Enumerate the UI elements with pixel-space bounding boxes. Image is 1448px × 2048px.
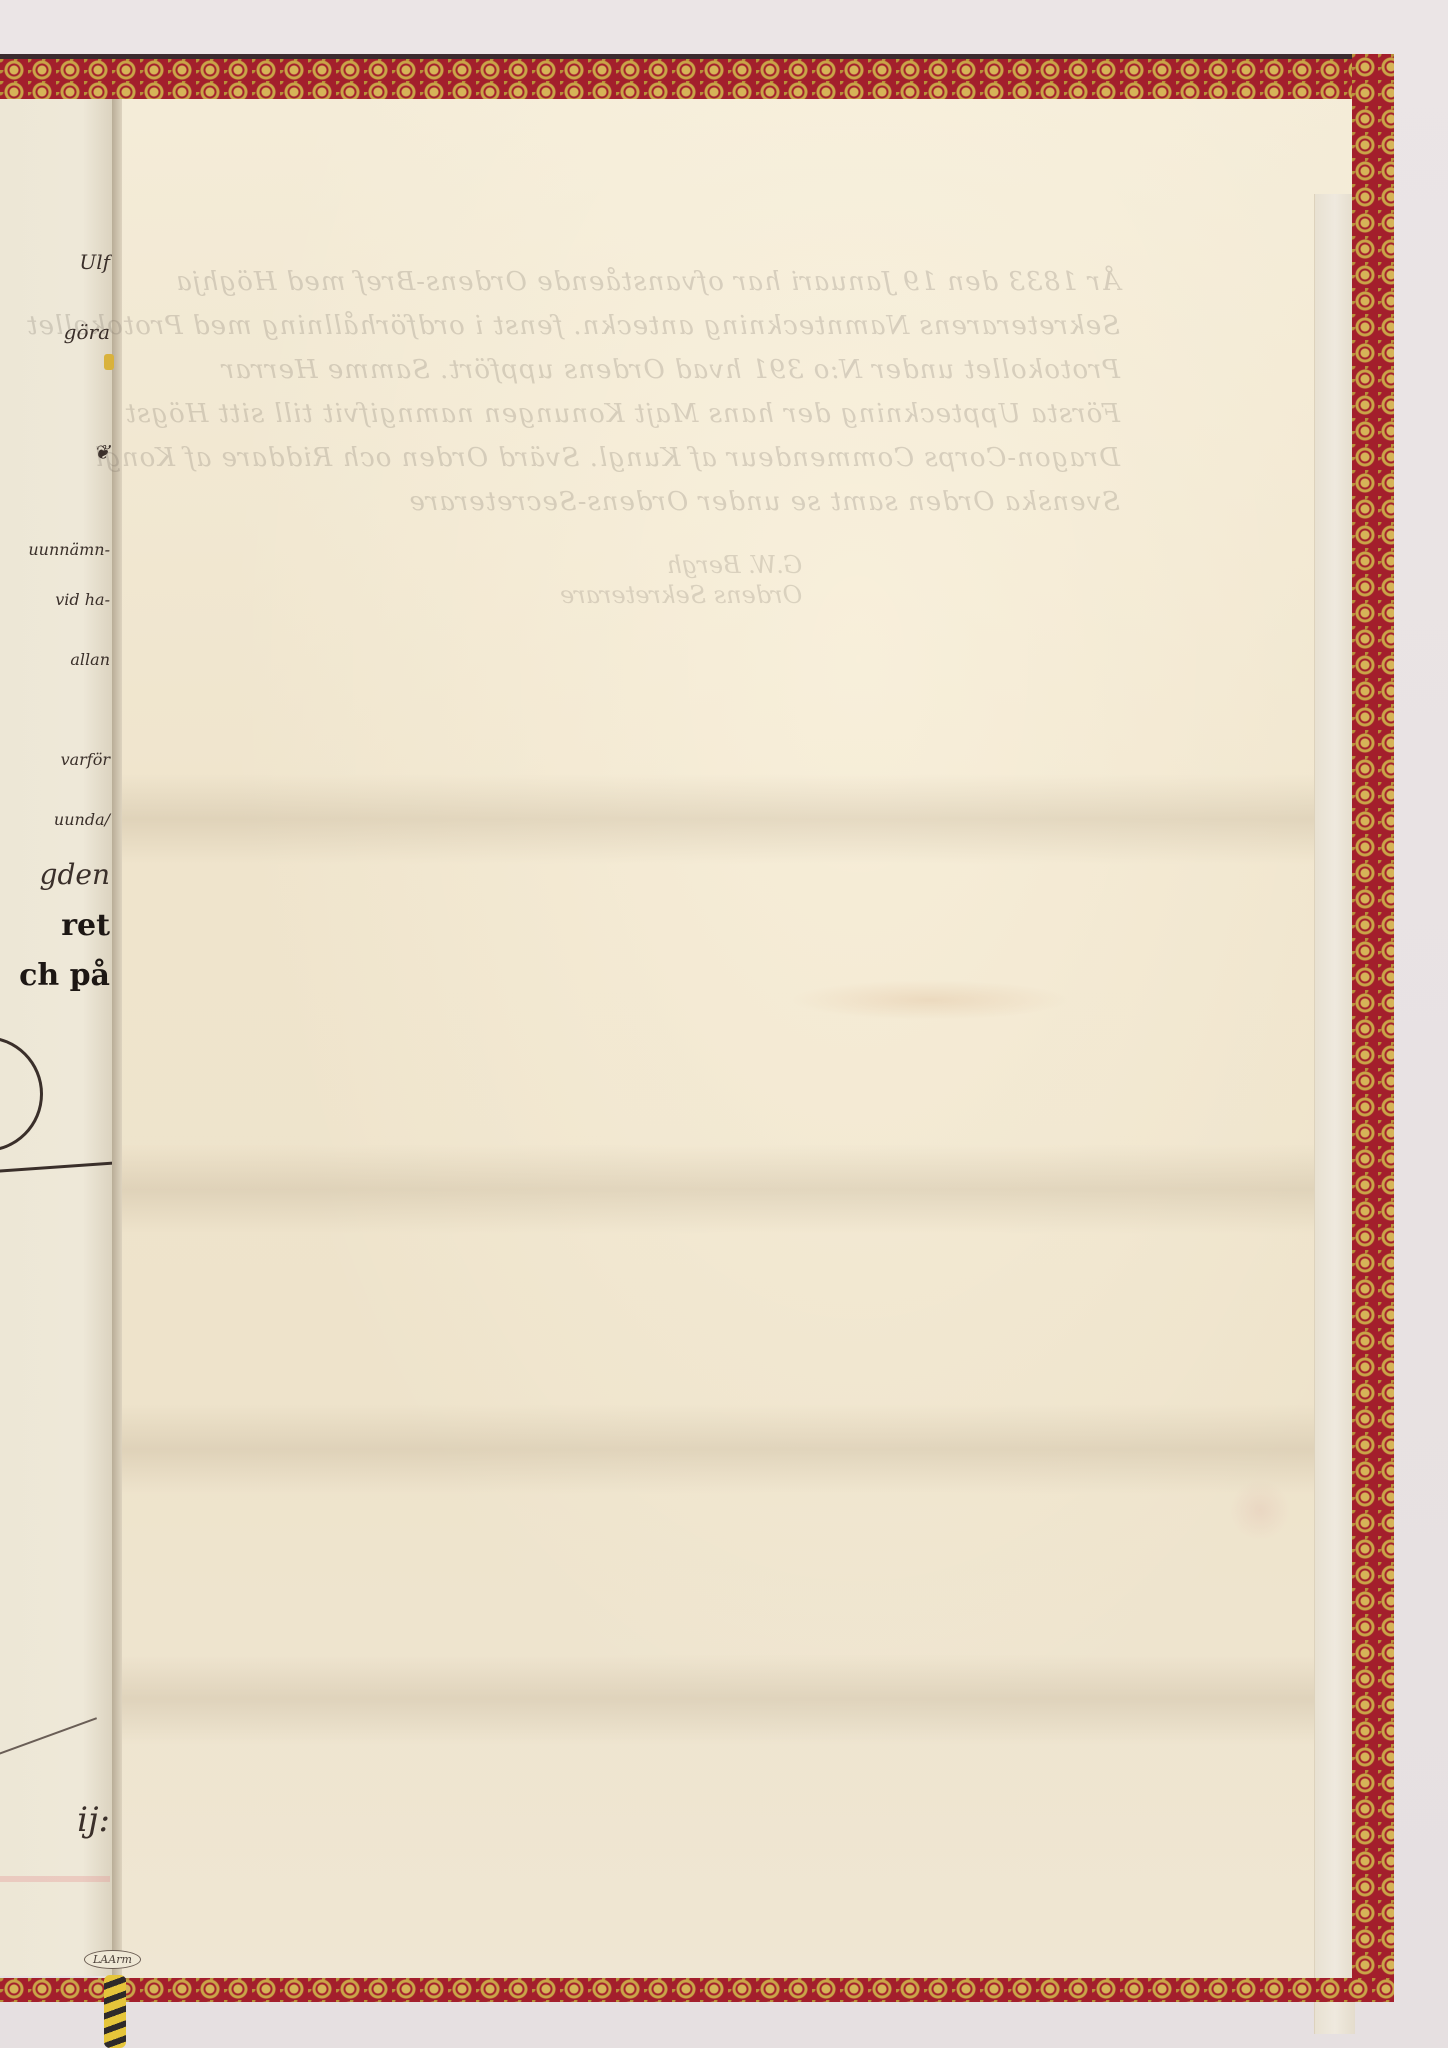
left-page: Ulf göra ❦ uunnämn- vid ha- allan varför…: [0, 96, 118, 1976]
left-page-flourish: [0, 1036, 43, 1152]
rust-stain: [790, 980, 1070, 1020]
left-page-text: uunnämn-: [28, 540, 110, 559]
bleed-line: Svenska Orden samt se under Ordens-Secre…: [190, 480, 1120, 524]
paper-fold: [114, 1404, 1354, 1494]
pink-stain: [1230, 1480, 1290, 1540]
signature-name: G.W. Bergh: [560, 550, 802, 580]
binding-clip: [104, 354, 114, 370]
bleed-line: Dragon-Corps Commendeur af Kungl. Svärd …: [190, 436, 1120, 480]
left-page-rule: [0, 1161, 118, 1174]
left-page-text: Ulf: [79, 250, 110, 274]
right-gilt-border: [1352, 54, 1394, 1984]
bleed-line: Protokollet under N:o 391 hvad Ordens up…: [190, 348, 1120, 392]
bleed-line: Sekreterarens Namnteckning anteckn. fens…: [190, 304, 1120, 348]
left-page-red-line: [0, 1876, 110, 1882]
bookmark-ribbon: [104, 1975, 126, 2048]
library-stamp: LAArm: [84, 1950, 141, 1969]
bleed-line: År 1833 den 19 Januari har ofvanstående …: [190, 260, 1120, 304]
bleed-line: Första Uppteckning der hans Majt Konunge…: [190, 392, 1120, 436]
left-page-text: uunda/: [54, 810, 110, 829]
left-page-signature: ij:: [77, 1800, 110, 1840]
inner-leaf-edge: [1314, 194, 1355, 2034]
book-gutter: [112, 94, 122, 1978]
left-page-text: varför: [61, 750, 110, 769]
paper-fold: [114, 774, 1354, 864]
bottom-gilt-border: [0, 1978, 1394, 2002]
signature-title: Ordens Sekreterare: [560, 580, 802, 610]
left-page-text: vid ha-: [55, 590, 110, 609]
left-page-heading: ch på: [19, 958, 110, 993]
paper-fold: [114, 1144, 1354, 1234]
top-gilt-border: [0, 54, 1392, 99]
left-page-rule: [0, 1717, 97, 1757]
left-page-text: allan: [70, 650, 110, 669]
left-page-heading: ret: [61, 908, 110, 943]
paper-fold: [114, 1654, 1354, 1744]
bleed-through-text: År 1833 den 19 Januari har ofvanstående …: [190, 260, 1120, 524]
left-page-text: gden: [40, 858, 110, 891]
bleed-through-signature: G.W. Bergh Ordens Sekreterare: [560, 550, 802, 610]
